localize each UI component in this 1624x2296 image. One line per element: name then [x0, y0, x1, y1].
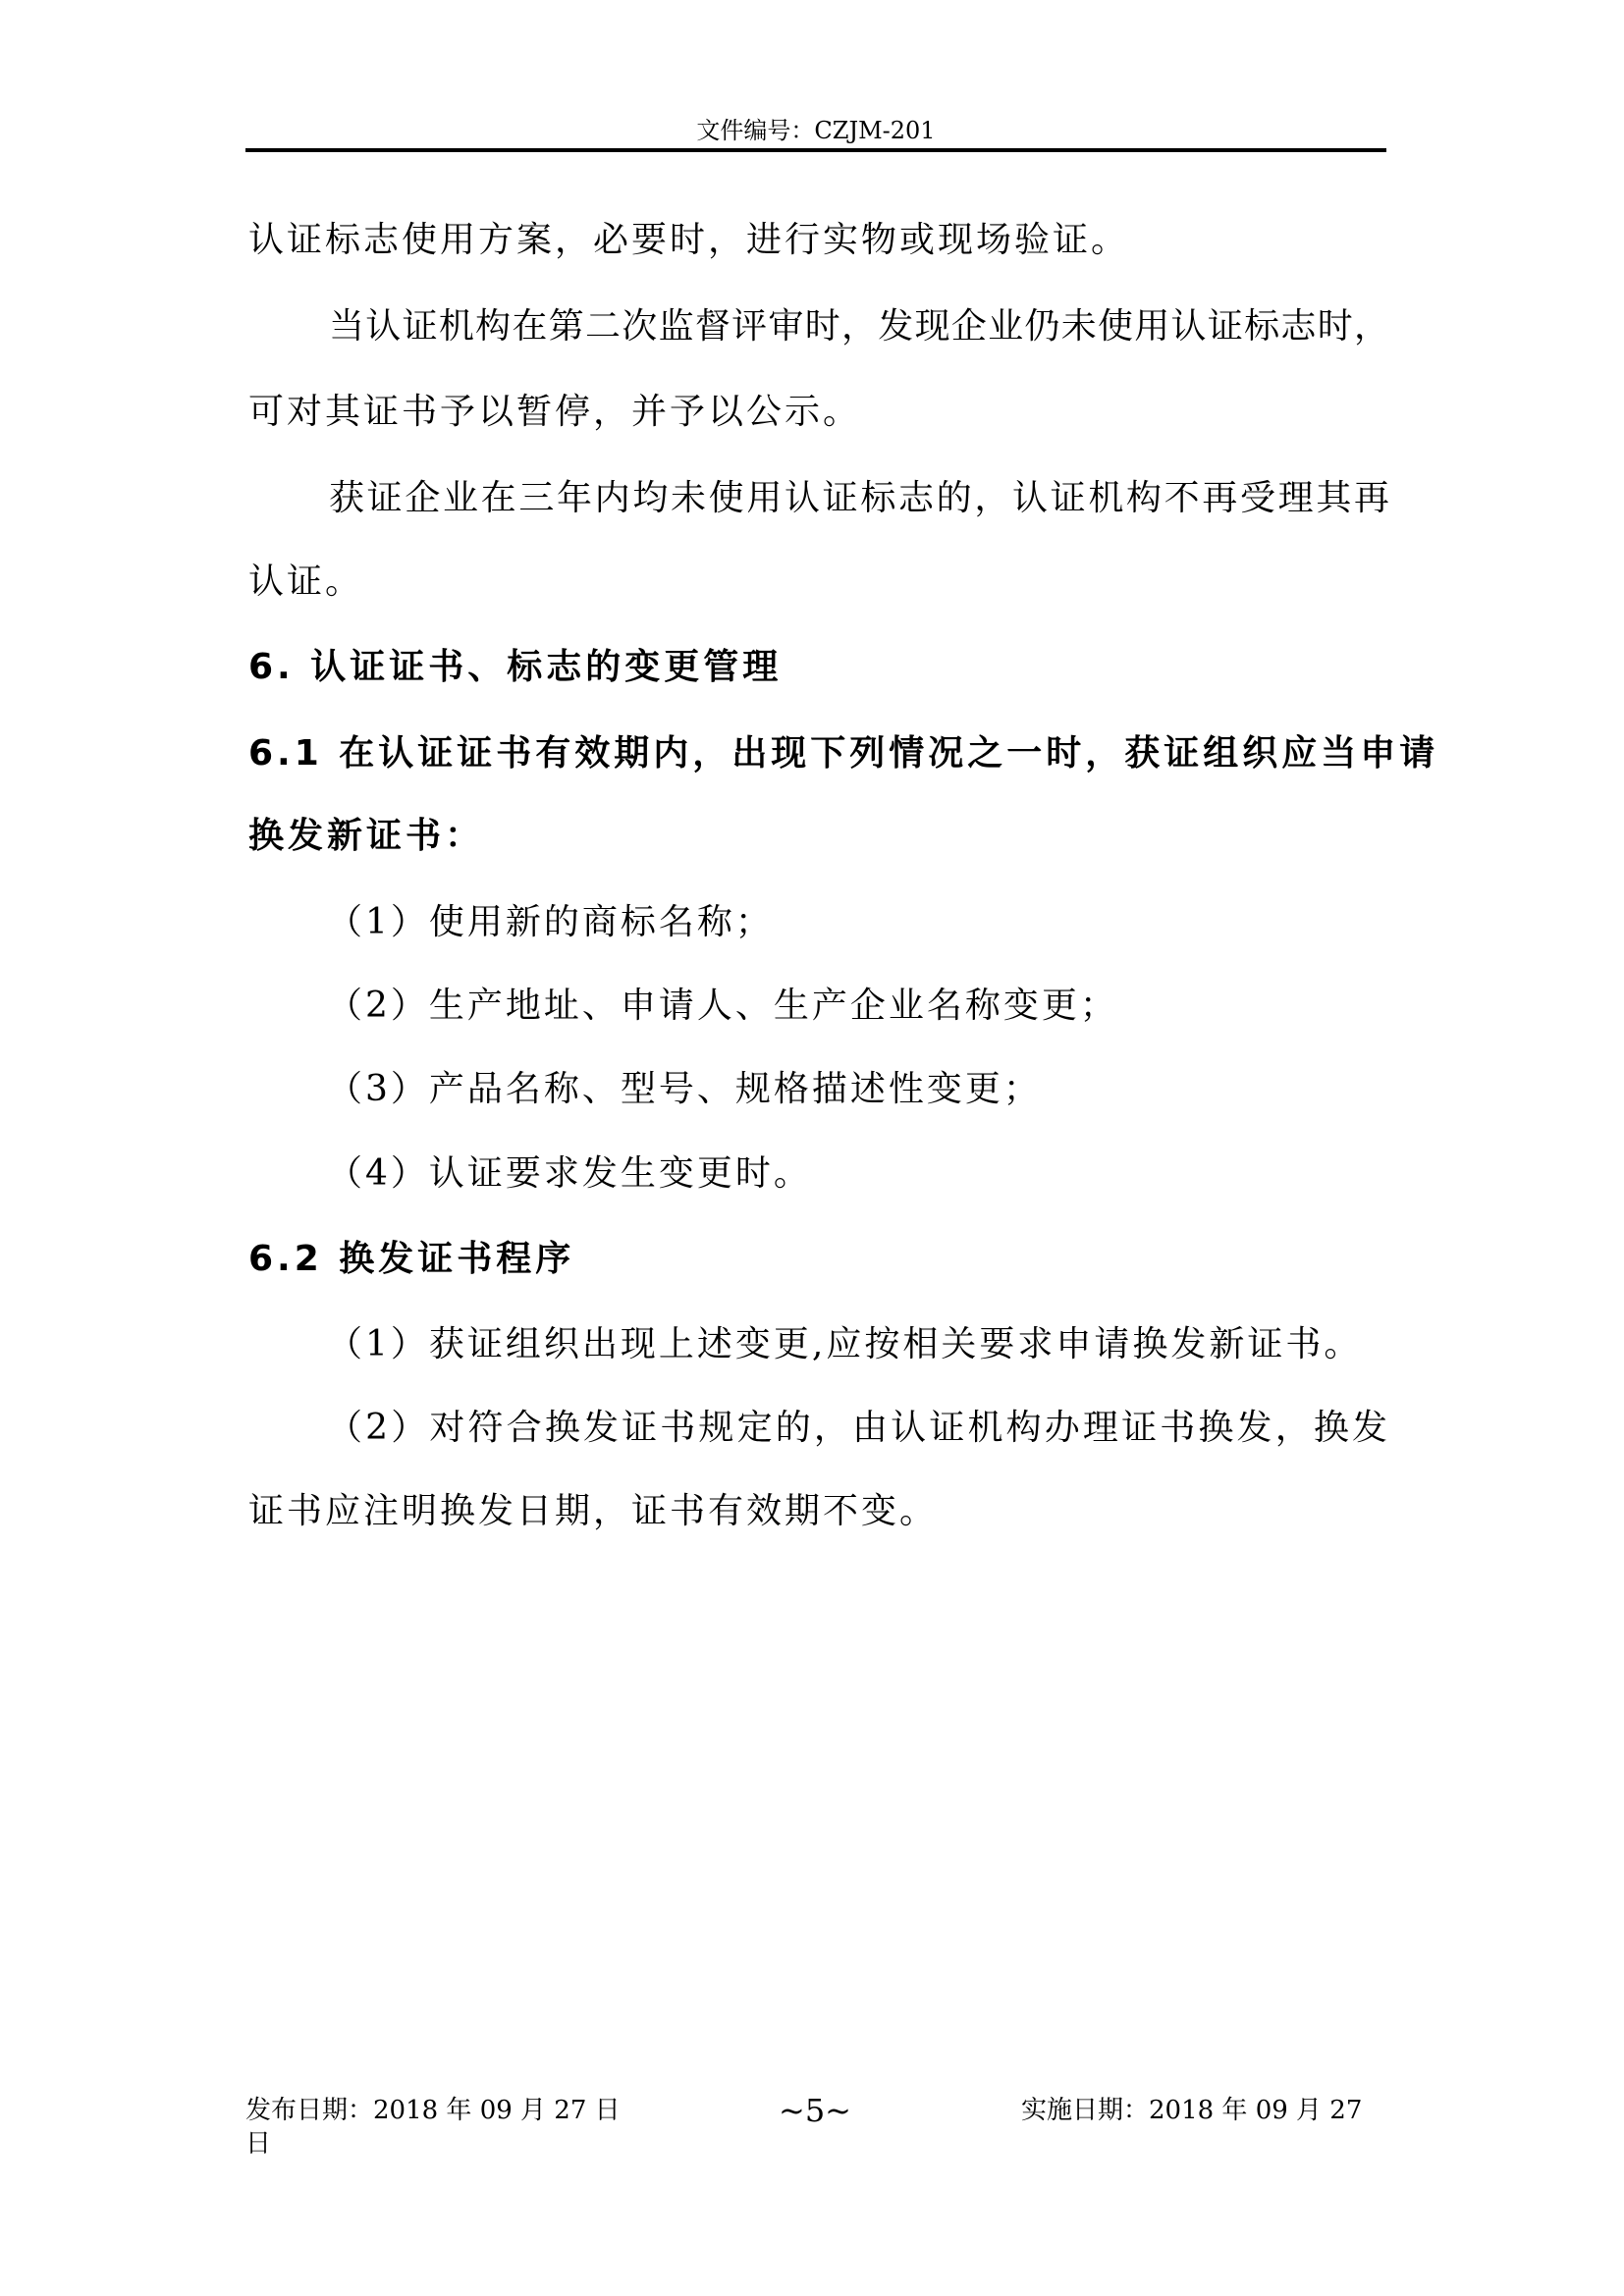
paragraph-line: 获证企业在三年内均未使用认证标志的，认证机构不再受理其再	[329, 477, 1389, 520]
subsection-heading: 6.1 在认证证书有效期内，出现下列情况之一时，获证组织应当申请	[248, 732, 1389, 775]
document-number: 文件编号：CZJM-201	[245, 114, 1386, 147]
paragraph-line: 当认证机构在第二次监督评审时，发现企业仍未使用认证标志时，	[329, 305, 1389, 348]
effective-date: 实施日期：2018 年 09 月 27	[1021, 2094, 1362, 2127]
list-item: （1）获证组织出现上述变更,应按相关要求申请换发新证书。	[327, 1323, 1468, 1366]
list-item: （2）生产地址、申请人、生产企业名称变更；	[327, 985, 1468, 1028]
section-heading: 6. 认证证书、标志的变更管理	[248, 646, 1389, 689]
subsection-heading: 6.2 换发证书程序	[248, 1238, 1389, 1281]
list-item: （2）对符合换发证书规定的，由认证机构办理证书换发，换发	[327, 1407, 1387, 1450]
subsection-heading-cont: 换发新证书：	[248, 815, 1389, 858]
header-divider	[245, 148, 1386, 152]
page-number: ~5~	[756, 2091, 874, 2130]
list-item: （1）使用新的商标名称；	[327, 901, 1468, 944]
paragraph-line: 可对其证书予以暂停，并予以公示。	[248, 391, 1389, 434]
paragraph-line: 认证。	[248, 561, 1389, 604]
list-item: （3）产品名称、型号、规格描述性变更；	[327, 1068, 1468, 1111]
publish-date-wrap: 日	[245, 2127, 271, 2161]
list-item-cont: 证书应注明换发日期，证书有效期不变。	[248, 1490, 1389, 1533]
paragraph-line: 认证标志使用方案，必要时，进行实物或现场验证。	[248, 219, 1389, 262]
publish-date: 发布日期：2018 年 09 月 27 日	[245, 2094, 621, 2127]
list-item: （4）认证要求发生变更时。	[327, 1152, 1468, 1196]
